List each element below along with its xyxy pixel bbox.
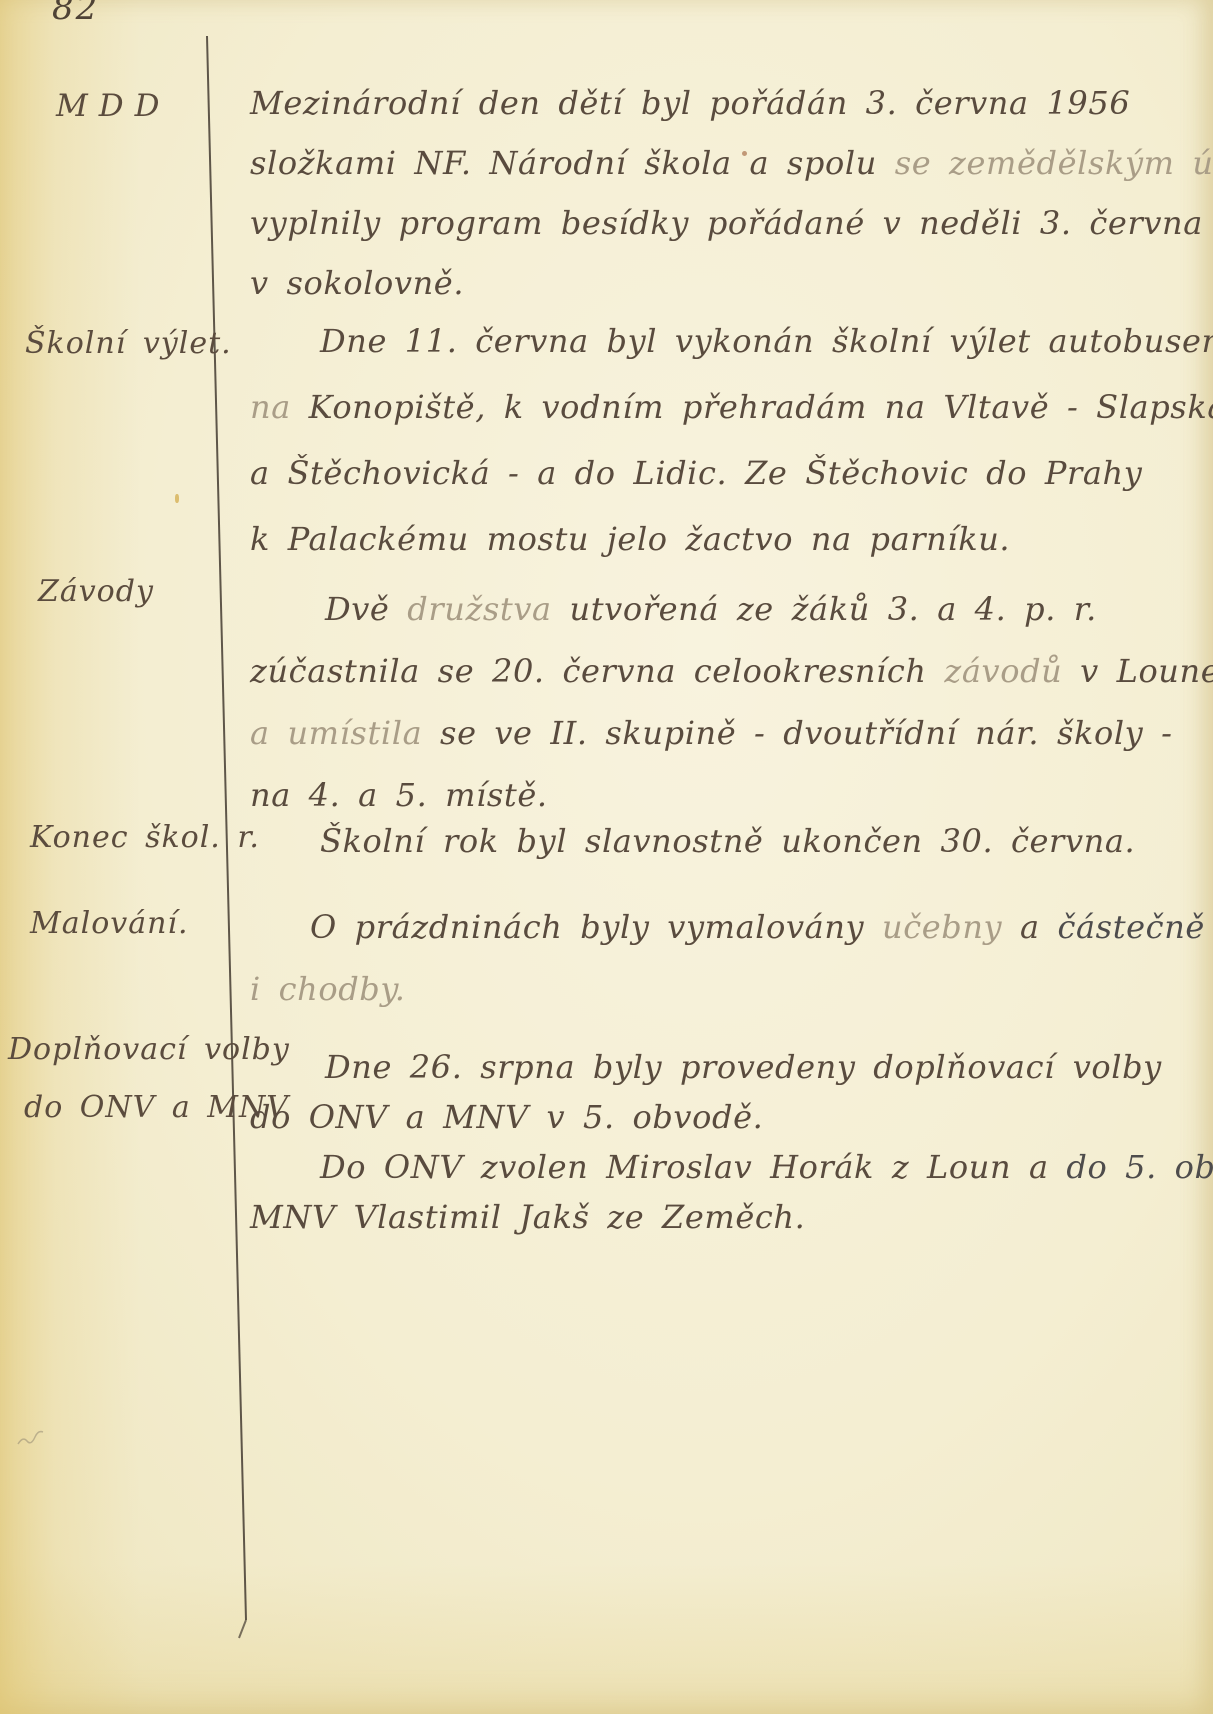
text-segment: a — [1002, 908, 1057, 946]
paragraph-skolni-vylet: Dne 11. června byl vykonán školní výlet … — [250, 322, 1213, 586]
text-segment: se ve II. skupině - dvoutřídní nár. škol… — [440, 714, 1173, 752]
text-line: v sokolovně. — [250, 264, 1213, 324]
margin-label-skolni-vylet: Školní výlet. — [25, 326, 232, 361]
text-line: na Konopiště, k vodním přehradám na Vlta… — [250, 388, 1213, 454]
chronicle-page: 82 MDD Školní výlet. Závody Konec škol. … — [0, 0, 1213, 1714]
text-segment: Dne 11. června byl vykonán školní výlet … — [320, 322, 1213, 360]
text-line: zúčastnila se 20. června celookresních z… — [250, 652, 1213, 714]
text-line: i chodby. — [250, 970, 1213, 1032]
paragraph-doplnovaci-volby: Dne 26. srpna byly provedeny doplňovací … — [250, 1048, 1213, 1248]
text-segment: vyplnily program besídky pořádané v nedě… — [250, 204, 1203, 242]
paper-speck — [175, 494, 179, 503]
text-line: vyplnily program besídky pořádané v nedě… — [250, 204, 1213, 264]
text-segment: do ONV a MNV v 5. obvodě. — [250, 1098, 763, 1136]
text-segment: a Štěchovická - a do Lidic. Ze Štěchovic… — [250, 454, 1142, 492]
text-line: Školní rok byl slavnostně ukončen 30. če… — [250, 822, 1213, 880]
text-segment: závodů — [944, 652, 1062, 690]
text-line: O prázdninách byly vymalovány učebny a č… — [250, 908, 1213, 970]
text-segment: složkami NF. Národní škola a spolu — [250, 144, 895, 182]
text-segment: k Palackému mostu jelo žactvo na parníku… — [250, 520, 1010, 558]
text-line: Do ONV zvolen Miroslav Horák z Loun a do… — [250, 1148, 1213, 1198]
margin-label-konec-skol-r: Konec škol. r. — [30, 820, 260, 855]
text-segment: utvořená ze žáků 3. a 4. p. r. — [570, 590, 1097, 628]
text-segment: družstva — [407, 590, 569, 628]
text-line: Dne 26. srpna byly provedeny doplňovací … — [250, 1048, 1213, 1098]
text-segment: Konopiště, k vodním přehradám na Vltavě … — [309, 388, 1213, 426]
paragraph-malovani: O prázdninách byly vymalovány učebny a č… — [250, 908, 1213, 1032]
text-segment: na — [250, 388, 309, 426]
text-segment: učebny — [882, 908, 1002, 946]
text-segment: O prázdninách byly vymalovány — [310, 908, 882, 946]
paragraph-zavody: Dvě družstva utvořená ze žáků 3. a 4. p.… — [250, 590, 1213, 838]
paragraph-mdd: Mezinárodní den dětí byl pořádán 3. červ… — [250, 84, 1213, 324]
text-segment: v Lounech — [1062, 652, 1213, 690]
text-line: složkami NF. Národní škola a spolu se ze… — [250, 144, 1213, 204]
text-segment: a umístila — [250, 714, 440, 752]
text-segment: se zemědělským útulkem — [895, 144, 1213, 182]
text-segment: Dne 26. srpna byly provedeny doplňovací … — [325, 1048, 1162, 1086]
text-line: MNV Vlastimil Jakš ze Zeměch. — [250, 1198, 1213, 1248]
text-line: k Palackému mostu jelo žactvo na parníku… — [250, 520, 1213, 586]
text-segment: Mezinárodní den dětí byl pořádán 3. červ… — [250, 84, 1130, 122]
margin-label-doplnovaci-volby: Doplňovací volby — [8, 1032, 290, 1067]
text-line: a Štěchovická - a do Lidic. Ze Štěchovic… — [250, 454, 1213, 520]
text-segment: do 5. obvodu — [1066, 1148, 1213, 1186]
text-segment: Školní rok byl slavnostně ukončen 30. če… — [320, 822, 1135, 860]
margin-label-mdd: MDD — [56, 88, 170, 124]
text-segment: na 4. a 5. místě. — [250, 776, 548, 814]
text-segment: i chodby. — [250, 970, 406, 1008]
page-number: 82 — [52, 0, 99, 28]
text-line: Dvě družstva utvořená ze žáků 3. a 4. p.… — [250, 590, 1213, 652]
text-segment: zúčastnila se 20. června celookresních — [250, 652, 944, 690]
text-line: Dne 11. června byl vykonán školní výlet … — [250, 322, 1213, 388]
text-segment: MNV Vlastimil Jakš ze Zeměch. — [250, 1198, 805, 1236]
text-line: a umístila se ve II. skupině - dvoutřídn… — [250, 714, 1213, 776]
text-segment: Do ONV zvolen Miroslav Horák z Loun a — [320, 1148, 1066, 1186]
text-segment: Dvě — [325, 590, 407, 628]
text-line: Mezinárodní den dětí byl pořádán 3. červ… — [250, 84, 1213, 144]
pencil-smudge — [16, 1424, 46, 1450]
margin-label-malovani: Malování. — [30, 906, 189, 941]
margin-label-zavody: Závody — [38, 574, 154, 609]
text-segment: v sokolovně. — [250, 264, 464, 302]
text-segment: částečně — [1057, 908, 1205, 946]
text-line: do ONV a MNV v 5. obvodě. — [250, 1098, 1213, 1148]
paragraph-konec-skol-r: Školní rok byl slavnostně ukončen 30. če… — [250, 822, 1213, 880]
